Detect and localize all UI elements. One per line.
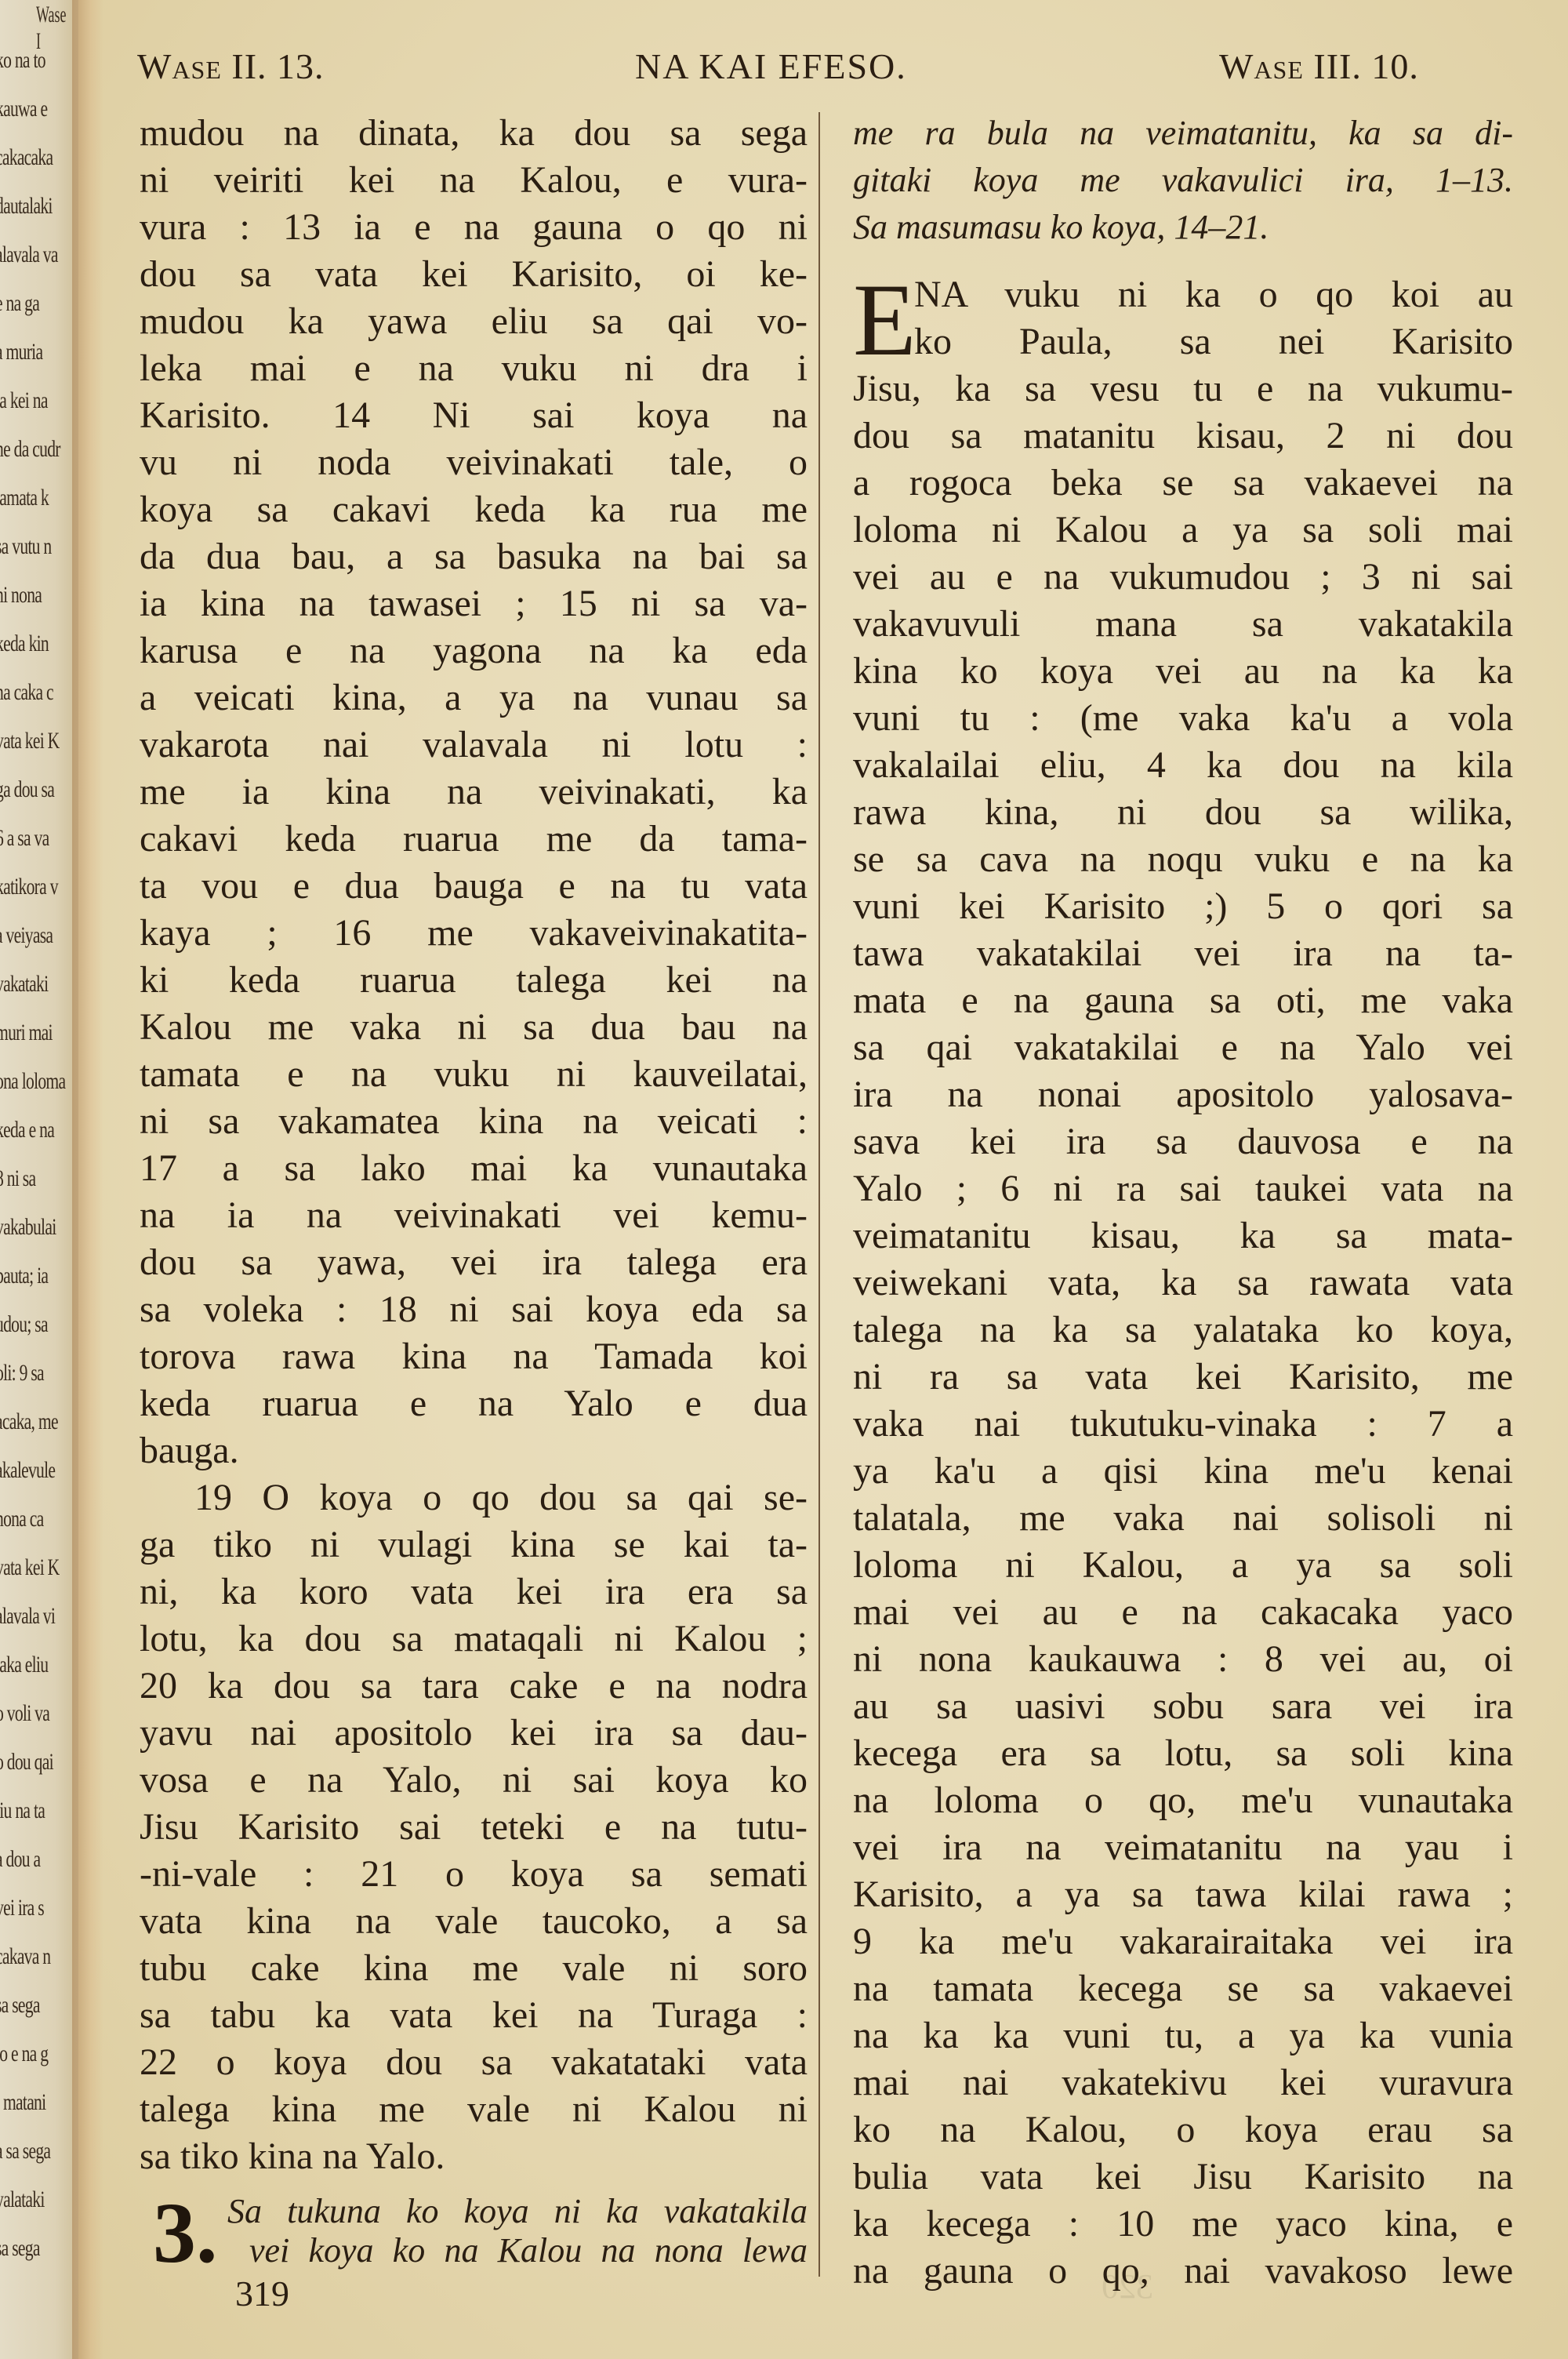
text-line: vaka nai tukutuku-vinaka : 7 a	[853, 1401, 1513, 1448]
text-line: da dua bau, a sa basuka na bai sa	[140, 533, 808, 580]
text-line: keda ruarua e na Yalo e dua	[140, 1380, 808, 1427]
text-line: tubu cake kina me vale ni soro	[140, 1945, 808, 1992]
text-line: mai vei au e na cakacaka yaco	[853, 1589, 1513, 1636]
running-head-title: NA KAI EFESO.	[635, 45, 907, 93]
facing-page-line: na caka c	[0, 679, 53, 706]
facing-page-line: taka eliu	[0, 1652, 48, 1678]
text-line: 17 a sa lako mai ka vunautaka	[140, 1145, 808, 1192]
facing-page-line: 8 ni sa	[0, 1165, 35, 1192]
text-line: dou sa yawa, vei ira talega era	[140, 1239, 808, 1286]
text-line: ni ra sa vata kei Karisito, me	[853, 1354, 1513, 1401]
text-line: sa tabu ka vata kei na Turaga :	[140, 1992, 808, 2039]
facing-page-line: la kei na	[0, 387, 48, 414]
facing-page-line: ni nona	[0, 582, 42, 609]
summary-line: gitaki koya me vakavulici ira, 1–13.	[853, 157, 1513, 204]
facing-page-line: sa sega	[0, 1992, 40, 2019]
facing-page-line: sa sega	[0, 2235, 40, 2262]
facing-page-line: liu na ta	[0, 1797, 45, 1824]
facing-page-line: yalataki	[0, 2186, 45, 2213]
text-line: a rogoca beka se sa vakaevei na	[853, 460, 1513, 507]
text-line: na tamata kecega se sa vakaevei	[853, 1965, 1513, 2012]
text-line: vakarota nai valavala ni lotu :	[140, 722, 808, 769]
text-line: vata kina na vale taucoko, a sa	[140, 1898, 808, 1945]
facing-page-line: cakacaka	[0, 144, 53, 171]
facing-page-line: bauta; ia	[0, 1263, 48, 1289]
running-head-left: Wase II. 13.	[137, 45, 325, 93]
summary-line: Sa masumasu ko koya, 14–21.	[853, 204, 1513, 251]
text-line: vei au e na vukumudou ; 3 ni sai	[853, 554, 1513, 601]
summary-line: me ra bula na veimatanitu, ka sa di-	[853, 110, 1513, 157]
page-number: 319	[235, 2273, 289, 2314]
text-line: leka mai e na vuku ni dra i	[140, 345, 808, 392]
text-line: Kalou me vaka ni sa dua bau na	[140, 1004, 808, 1051]
text-line: dou sa vata kei Karisito, oi ke-	[140, 251, 808, 298]
text-line: 9 ka me'u vakarairaitaka vei ira	[853, 1918, 1513, 1965]
text-line: vei ira na veimatanitu na yau i	[853, 1824, 1513, 1871]
text-line: vosa e na Yalo, ni sai koya ko	[140, 1757, 808, 1804]
facing-page-line: keda e na	[0, 1117, 54, 1143]
text-line: ka kecega : 10 me yaco kina, e	[853, 2201, 1513, 2248]
facing-page-line: udou; sa	[0, 1311, 48, 1338]
text-line: ya ka'u a qisi kina me'u kenai	[853, 1448, 1513, 1495]
text-line: -ni-vale : 21 o koya sa semati	[140, 1851, 808, 1898]
text-line: sa tiko kina na Yalo.	[140, 2133, 808, 2180]
facing-page-line: e na ga	[0, 290, 39, 317]
facing-page-line: nona ca	[0, 1506, 44, 1532]
text-line: sa qai vakatakilai e na Yalo vei	[853, 1024, 1513, 1071]
facing-page-line: vei ira s	[0, 1895, 44, 1921]
text-line: bauga.	[140, 1427, 808, 1474]
text-line: vuni tu : (me vaka ka'u a vola	[853, 695, 1513, 742]
facing-page-line: ona loloma	[0, 1068, 65, 1095]
book-page: Wase I ko na tokauwa ecakacakadautalakia…	[0, 0, 1568, 2359]
text-line: Yalo ; 6 ni ra sai taukei vata na	[853, 1165, 1513, 1212]
text-line: na gauna o qo, nai vavakoso lewe	[853, 2248, 1513, 2295]
facing-page-line: vata kei K	[0, 1554, 60, 1581]
text-line: kina ko koya vei au na ka ka	[853, 648, 1513, 695]
facing-page-line: 6 a sa va	[0, 825, 49, 852]
facing-page-line: kauwa e	[0, 96, 47, 122]
text-line: dou sa matanitu kisau, 2 ni dou	[853, 413, 1513, 460]
right-text-column: me ra bula na veimatanitu, ka sa di-gita…	[853, 110, 1513, 2295]
bleed-through-page-number: 320	[1102, 2266, 1153, 2306]
text-line: ni veiriti kei na Kalou, e vura-	[140, 157, 808, 204]
text-line: me ia kina na veivinakati, ka	[140, 769, 808, 816]
text-line: na ka ka vuni tu, a ya ka vunia	[853, 2012, 1513, 2059]
text-line: Jisu, ka sa vesu tu e na vukumu-	[853, 365, 1513, 413]
facing-page-line: a dou a	[0, 1846, 40, 1873]
text-line: rawa kina, ni dou sa wilika,	[853, 789, 1513, 836]
facing-page-line: cakava n	[0, 1943, 50, 1970]
text-line: talega na ka sa yalataka ko koya,	[853, 1307, 1513, 1354]
text-line: ia kina na tawasei ; 15 ni sa va-	[140, 580, 808, 627]
text-line: loloma ni Kalou a ya sa soli mai	[853, 507, 1513, 554]
facing-page-line: i matani	[0, 2089, 45, 2116]
column-divider-rule	[818, 112, 820, 2277]
facing-page-line: alavala va	[0, 242, 58, 268]
facing-page-strip: Wase I ko na tokauwa ecakacakadautalakia…	[0, 0, 78, 2359]
chapter-opening: E NA vuku ni ka o qo koi au ko Paula, sa…	[853, 271, 1513, 365]
facing-page-line: vakataki	[0, 971, 48, 998]
text-line: lotu, ka dou sa mataqali ni Kalou ;	[140, 1616, 808, 1663]
text-line: na loloma o qo, me'u vunautaka	[853, 1777, 1513, 1824]
text-line: veiwekani vata, ka sa rawata vata	[853, 1259, 1513, 1307]
text-line: yavu nai apositolo kei ira sa dau-	[140, 1710, 808, 1757]
text-line: NA vuku ni ka o qo koi au	[853, 271, 1513, 318]
facing-page-line: sa vutu n	[0, 533, 52, 560]
facing-page-line: vakabulai	[0, 1214, 56, 1241]
text-line: kaya ; 16 me vakaveivinakatita-	[140, 910, 808, 957]
text-line: talatala, me vaka nai solisoli ni	[853, 1495, 1513, 1542]
running-head-right: Wase III. 10.	[1219, 45, 1419, 93]
facing-page-line: tamata k	[0, 485, 49, 511]
facing-page-line: to e na g	[0, 2041, 48, 2067]
text-line: Karisito, a ya sa tawa kilai rawa ;	[853, 1871, 1513, 1918]
text-line: mudou na dinata, ka dou sa sega	[140, 110, 808, 157]
facing-page-line: katikora v	[0, 874, 58, 900]
facing-page-line: akalevule	[0, 1457, 55, 1484]
chapter-summary-continued: me ra bula na veimatanitu, ka sa di-gita…	[853, 110, 1513, 251]
text-line: loloma ni Kalou, a ya sa soli	[853, 1542, 1513, 1589]
chapter-number: 3.	[153, 2194, 218, 2272]
text-line: karusa e na yagona na ka eda	[140, 627, 808, 674]
text-line: ko Paula, sa nei Karisito	[853, 318, 1513, 365]
text-line: vakalailai eliu, 4 ka dou na kila	[853, 742, 1513, 789]
text-line: talega kina me vale ni Kalou ni	[140, 2086, 808, 2133]
text-line: ga tiko ni vulagi kina se kai ta-	[140, 1521, 808, 1568]
facing-page-line: o voli va	[0, 1700, 49, 1727]
text-line: koya sa cakavi keda ka rua me	[140, 486, 808, 533]
text-line: bulia vata kei Jisu Karisito na	[853, 2154, 1513, 2201]
text-line: 22 o koya dou sa vakatataki vata	[140, 2039, 808, 2086]
facing-page-line: vata kei K	[0, 728, 60, 754]
summary-line: Sa tukuna ko koya ni ka vakatakila	[227, 2192, 808, 2231]
text-line: vura : 13 ia e na gauna o qo ni	[140, 204, 808, 251]
text-line: sava kei ira sa dauvosa e na	[853, 1118, 1513, 1165]
facing-page-line: a muria	[0, 339, 42, 365]
text-line: ki keda ruarua talega kei na	[140, 957, 808, 1004]
text-line: Jisu Karisito sai teteki e na tutu-	[140, 1804, 808, 1851]
facing-page-line: o dou qai	[0, 1749, 53, 1776]
text-line: se sa cava na noqu vuku e na ka	[853, 836, 1513, 883]
facing-page-line: keda kin	[0, 631, 49, 657]
text-line: ko na Kalou, o koya erau sa	[853, 2106, 1513, 2154]
left-text-column: mudou na dinata, ka dou sa segani veirit…	[140, 110, 808, 2180]
facing-page-line: a sa sega	[0, 2138, 50, 2165]
text-line: tawa vakatakilai vei ira na ta-	[853, 930, 1513, 977]
text-line: veimatanitu kisau, ka sa mata-	[853, 1212, 1513, 1259]
drop-cap: E	[853, 276, 916, 364]
right-body-lines: Jisu, ka sa vesu tu e na vukumu-dou sa m…	[853, 365, 1513, 2295]
text-line: vakavuvuli mana sa vakatakila	[853, 601, 1513, 648]
book-gutter-shadow	[72, 0, 103, 2359]
text-line: 20 ka dou sa tara cake e na nodra	[140, 1663, 808, 1710]
facing-page-line: ko na to	[0, 47, 45, 74]
text-line: au sa uasivi sobu sara vei ira	[853, 1683, 1513, 1730]
text-line: 19 O koya o qo dou sa qai se-	[140, 1474, 808, 1521]
text-line: Karisito. 14 Ni sai koya na	[140, 392, 808, 439]
text-line: vu ni noda veivinakati tale, o	[140, 439, 808, 486]
facing-page-line: acaka, me	[0, 1408, 58, 1435]
facing-page-line: ga dou sa	[0, 776, 54, 803]
text-line: cakavi keda ruarua me da tama-	[140, 816, 808, 863]
text-line: ira na nonai apositolo yalosava-	[853, 1071, 1513, 1118]
facing-page-line: dautalaki	[0, 193, 53, 220]
text-line: ni sa vakamatea kina na veicati :	[140, 1098, 808, 1145]
text-line: kecega era sa lotu, sa soli kina	[853, 1730, 1513, 1777]
text-line: ta vou e dua bauga e na tu vata	[140, 863, 808, 910]
summary-line: vei koya ko na Kalou na nona lewa	[227, 2231, 808, 2270]
text-line: vuni kei Karisito ;) 5 o qori sa	[853, 883, 1513, 930]
facing-page-line: oli: 9 sa	[0, 1360, 44, 1387]
text-line: a veicati kina, a ya na vunau sa	[140, 674, 808, 722]
chapter-summary: Sa tukuna ko koya ni ka vakatakila vei k…	[227, 2192, 808, 2270]
facing-page-line: alavala vi	[0, 1603, 55, 1630]
text-line: mai nai vakatekivu kei vuravura	[853, 2059, 1513, 2106]
facing-page-line: muri mai	[0, 1020, 53, 1046]
facing-page-line: a veiyasa	[0, 922, 53, 949]
text-line: mudou ka yawa eliu sa qai vo-	[140, 298, 808, 345]
text-line: mata e na gauna sa oti, me vaka	[853, 977, 1513, 1024]
text-line: torova rawa kina na Tamada koi	[140, 1333, 808, 1380]
text-line: sa voleka : 18 ni sai koya eda sa	[140, 1286, 808, 1333]
text-line: ni, ka koro vata kei ira era sa	[140, 1568, 808, 1616]
text-line: na ia na veivinakati vei kemu-	[140, 1192, 808, 1239]
text-line: tamata e na vuku ni kauveilatai,	[140, 1051, 808, 1098]
facing-page-line: ne da cudr	[0, 436, 60, 463]
text-line: ni nona kaukauwa : 8 vei au, oi	[853, 1636, 1513, 1683]
